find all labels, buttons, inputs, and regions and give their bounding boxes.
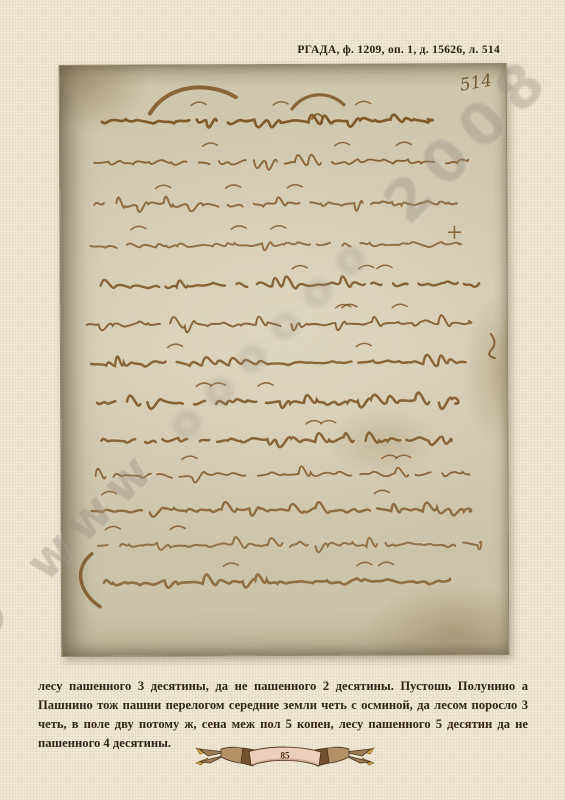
archive-reference: РГАДА, ф. 1209, оп. 1, д. 15626, л. 514	[297, 44, 500, 56]
handwriting	[60, 64, 509, 656]
page-number: 85	[281, 751, 291, 761]
watermark-copyright-icon: ©	[0, 576, 31, 657]
ribbon-right-tail	[315, 747, 374, 766]
manuscript-scan: 514	[59, 63, 510, 657]
page: { "page": { "background": "#f1e9d5", "wi…	[0, 0, 565, 800]
page-number-ribbon: 85	[195, 743, 375, 771]
ribbon-left-tail	[196, 747, 255, 766]
transcription-text: лесу пашенного 3 десятины, да не пашенно…	[38, 677, 528, 753]
